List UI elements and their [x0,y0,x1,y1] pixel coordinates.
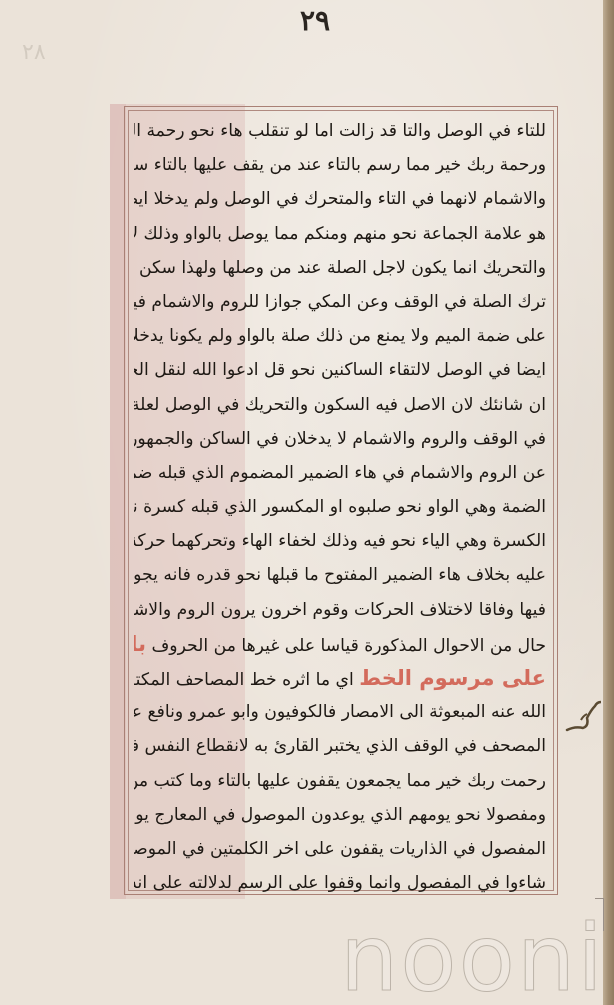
manuscript-text-block: للتاء في الوصل والتا قد زالت اما لو تنقل… [134,114,546,884]
page-number: ٢٩ [290,4,340,37]
watermark-text: nooni [340,905,605,1005]
text-line-2: ورحمة ربك خير مما رسم بالتاء عند من يقف … [134,148,546,182]
text-line-8: ايضا في الوصل لالتقاء الساكنين نحو قل اد… [134,353,546,387]
text-line-22: المفصول في الذاريات يقفون على اخر الكلمت… [134,832,546,866]
text-line-19: المصحف في الوقف الذي يختبر القارئ به لان… [134,729,546,763]
text-line-13: الكسرة وهي الياء نحو فيه وذلك لخفاء الها… [134,524,546,558]
text-line-4: هو علامة الجماعة نحو منهم ومنكم مما يوصل… [134,217,546,251]
text-line-15: فيها وفاقا لاختلاف الحركات وقوم اخرون ير… [134,593,546,627]
text-line-23: شاءوا في المفصول وانما وقفوا على الرسم ل… [134,866,546,900]
margin-annotation-mark-icon [565,690,601,750]
text-line-17: على مرسوم الخط اي ما اثره خط المصاحف الم… [134,661,546,695]
text-line-1: للتاء في الوصل والتا قد زالت اما لو تنقل… [134,114,546,148]
text-line-9: ان شانئك لان الاصل فيه السكون والتحريك ف… [134,388,546,422]
text-line-16: حال من الاحوال المذكورة قياسا على غيرها … [134,627,546,661]
text-line-10: في الوقف والروم والاشمام لا يدخلان في ال… [134,422,546,456]
text-line-7: على ضمة الميم ولا يمنع من ذلك صلة بالواو… [134,319,546,353]
text-line-12: الضمة وهي الواو نحو صلبوه او المكسور الذ… [134,490,546,524]
text-line-21: ومفصولا نحو يومهم الذي يوعدون الموصول في… [134,798,546,832]
text-line-14: عليه بخلاف هاء الضمير المفتوح ما قبلها ن… [134,558,546,592]
book-binding-edge [603,0,614,1005]
text-line-20: رحمت ربك خير مما يجمعون يقفون عليها بالت… [134,764,546,798]
rubric-chapter-heading: باب الوقف [134,632,146,656]
faded-margin-folio-number: ٢٨ [22,40,46,65]
text-line-18: الله عنه المبعوثة الى الامصار فالكوفيون … [134,695,546,729]
text-line-3: والاشمام لانهما في التاء والمتحرك في الو… [134,182,546,216]
text-line-5: والتحريك انما يكون لاجل الصلة عند من وصل… [134,251,546,285]
rubric-chapter-heading-continued: على مرسوم الخط [359,666,546,690]
text-line-6: ترك الصلة في الوقف وعن المكي جوازا للروم… [134,285,546,319]
text-line-11: عن الروم والاشمام في هاء الضمير المضموم … [134,456,546,490]
